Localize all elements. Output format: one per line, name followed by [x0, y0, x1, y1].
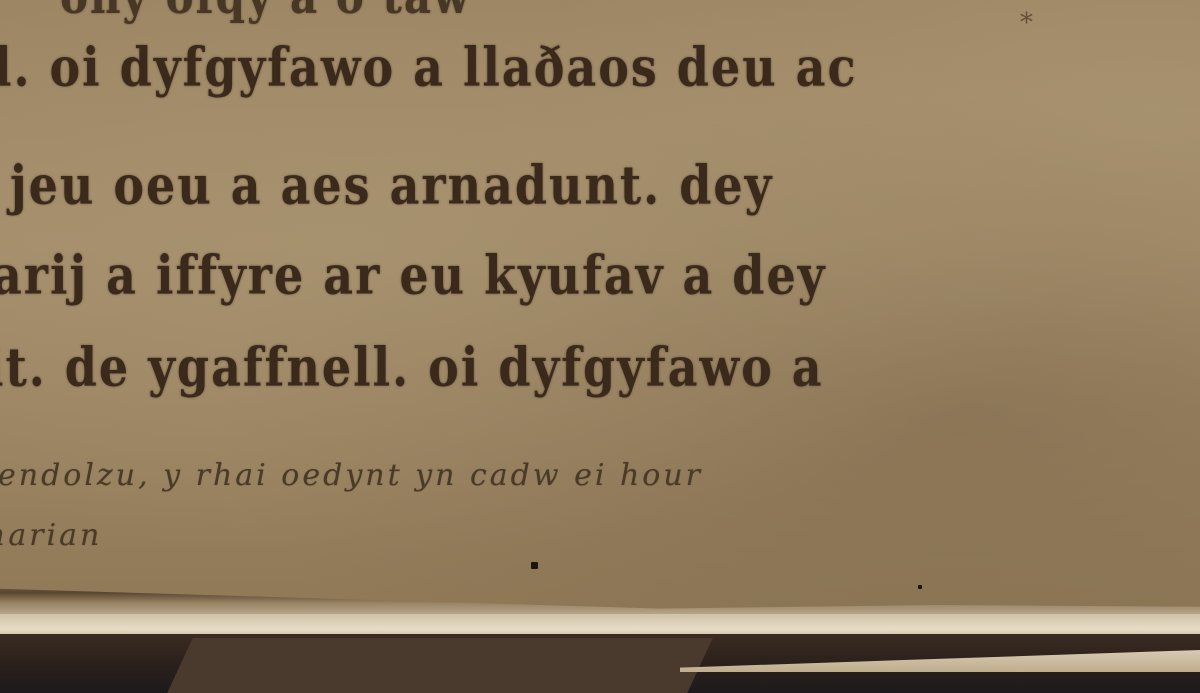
asterisk-mark-icon: * — [1020, 8, 1033, 38]
manuscript-line-3: arij a iffyre ar eu kyufav a dey — [0, 244, 826, 306]
book-binding-edge — [0, 578, 1200, 693]
gloss-line-1: endolzu, y rhai oedynt yn cadw ei hour — [0, 458, 703, 493]
manuscript-page: ohy ofqy a o taw l. oi dyfgyfawo a llaða… — [0, 0, 1200, 610]
leather-cover-flap — [167, 638, 713, 693]
manuscript-line-2: jeu oeu a aes arnadunt. dey — [10, 154, 773, 216]
manuscript-line-1: l. oi dyfgyfawo a llaðaos deu ac — [0, 36, 858, 98]
page-bottom-edge — [0, 578, 1200, 614]
gloss-line-2: harian — [0, 518, 102, 553]
manuscript-line-partial-top: ohy ofqy a o taw — [60, 0, 471, 25]
ink-spot — [531, 562, 538, 569]
manuscript-line-4: it. de ygaffnell. oi dyfgyfawo a — [0, 336, 824, 398]
